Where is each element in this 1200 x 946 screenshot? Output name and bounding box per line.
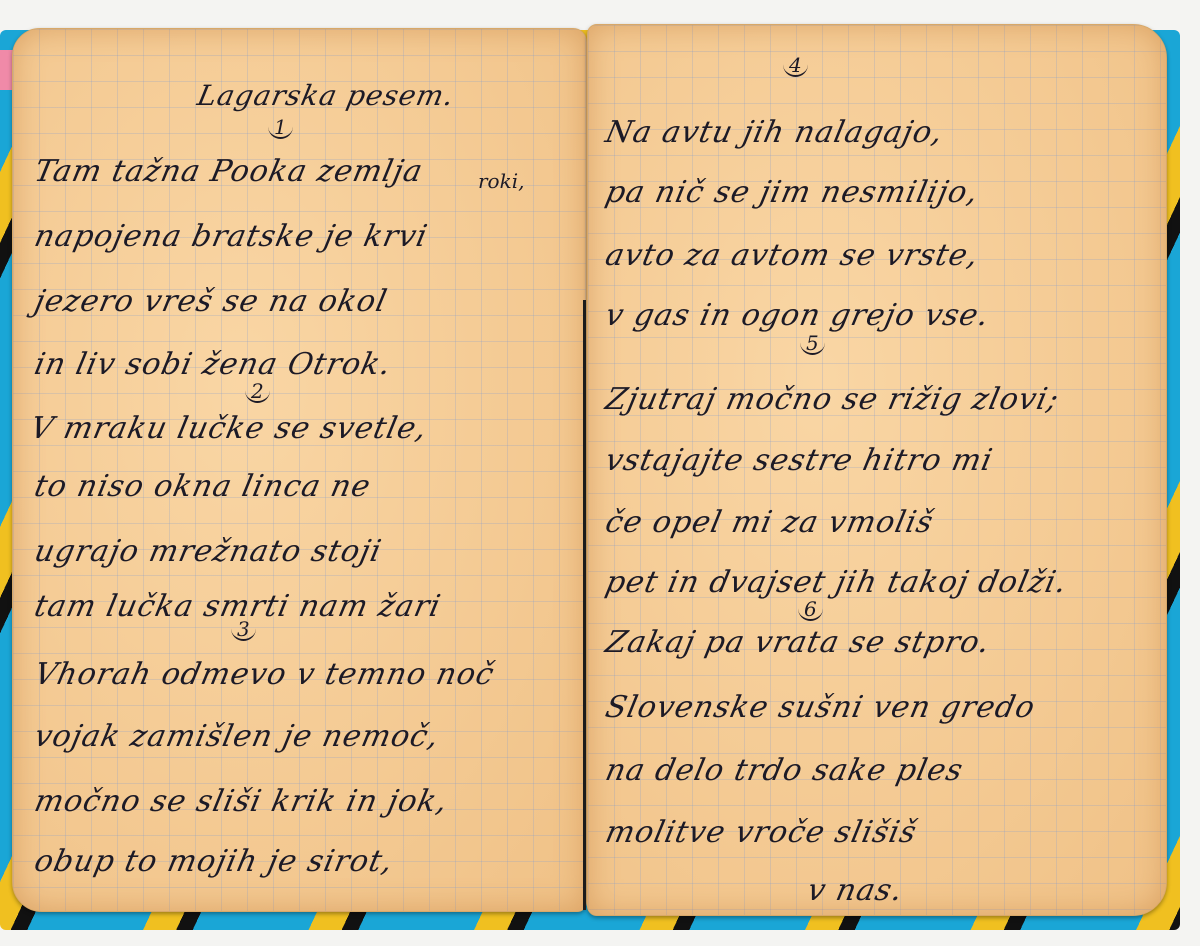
poem-line: jezero vreš se na okol [31,284,390,319]
stanza-number-4: 4 [783,55,808,77]
stanza-number-3: 3 [231,619,256,641]
poem-line: na delo trdo sake ples [602,753,966,788]
poem-line: Slovenske sušni ven gredo [602,690,1038,725]
poem-line: pet in dvajset jih takoj dolži. [602,565,1070,600]
poem-line: in liv sobi žena Otrok. [31,347,394,382]
poem-line: napojena bratske je krvi [31,219,431,254]
poem-line: avto za avtom se vrste, [602,238,982,273]
poem-line: v nas. [804,873,906,908]
stanza-number-6: 6 [798,599,823,621]
poem-line: to niso okna linca ne [31,469,374,504]
poem-line: ugrajo mrežnato stoji [31,534,385,569]
poem-line: vstajajte sestre hitro mi [602,443,996,478]
left-page: Lagarska pesem. 1 Tam tažna Pooka zemlja… [12,28,587,912]
stanza-number-1: 1 [268,117,293,139]
poem-line: Na avtu jih nalagajo, [602,115,946,150]
poem-line: Tam tažna Pooka zemlja [31,154,426,189]
poem-line: Vhorah odmevo v temno noč [31,657,497,692]
stanza-number-2: 2 [245,381,270,403]
poem-line: močno se sliši krik in jok, [31,784,451,819]
poem-line: vojak zamišlen je nemoč, [31,719,442,754]
poem-line: v gas in ogon grejo vse. [602,298,992,333]
insertion-note: roki, [478,169,524,193]
poem-line: molitve vroče slišiš [602,815,920,850]
poem-line: pa nič se jim nesmilijo, [602,175,981,210]
poem-line: če opel mi za vmoliš [602,505,937,540]
right-page: 4 Na avtu jih nalagajo, pa nič se jim ne… [587,24,1167,916]
poem-line: Zjutraj močno se rižig zlovi; [602,382,1062,417]
page-gutter [583,300,586,910]
poem-line: Zakaj pa vrata se stpro. [602,625,993,660]
stanza-number-5: 5 [800,333,825,355]
poem-line: V mraku lučke se svetle, [27,411,430,446]
poem-title: Lagarska pesem. [194,79,457,112]
poem-line: obup to mojih je sirot, [31,844,396,879]
